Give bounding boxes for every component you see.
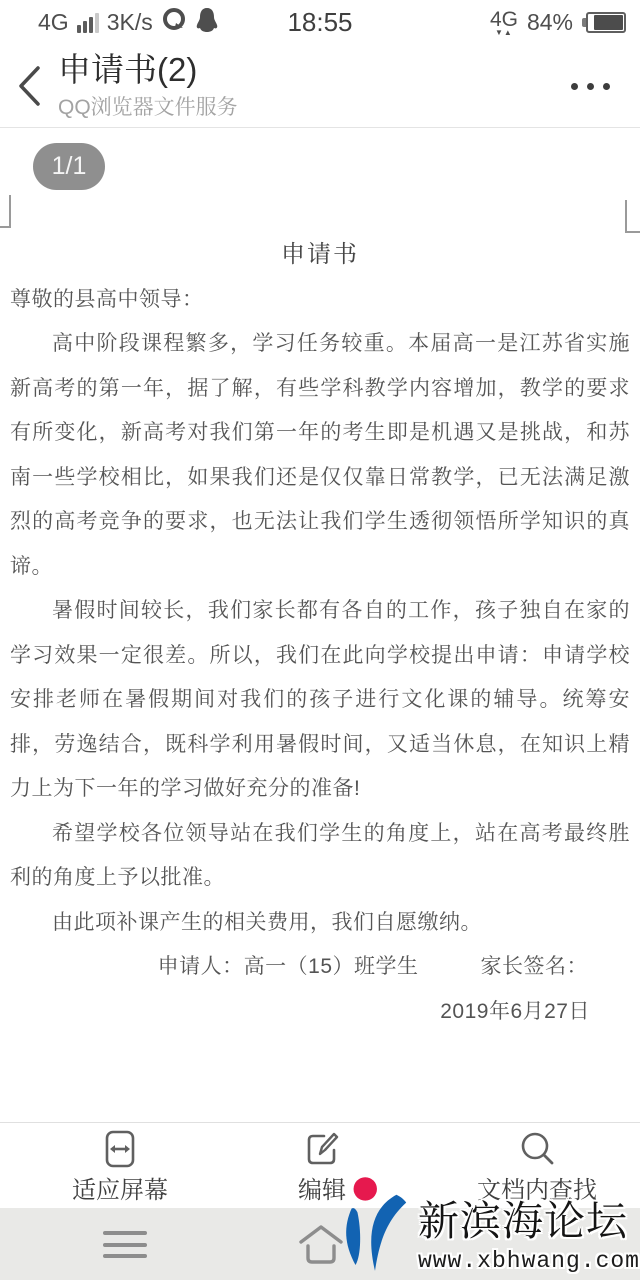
- signature-row: 申请人：高一（15）班学生 家长签名：: [10, 945, 630, 990]
- battery-percent-label: 84%: [527, 9, 573, 36]
- edit-label: 编辑: [298, 1170, 346, 1205]
- back-button[interactable]: [0, 51, 58, 121]
- battery-icon: [582, 12, 626, 33]
- status-right: 4G ▼▲ 84%: [490, 9, 640, 37]
- parent-signature-label: 家长签名：: [481, 945, 589, 990]
- android-nav-bar: [0, 1208, 640, 1280]
- page-indicator-badge: 1/1: [33, 143, 105, 190]
- document-date: 2019年6月27日: [10, 990, 630, 1035]
- home-button[interactable]: [297, 1222, 345, 1271]
- document-paragraph: 由此项补课产生的相关费用，我们自愿缴纳。: [10, 901, 630, 946]
- menu-button[interactable]: [103, 1231, 147, 1258]
- page-corner-mark-left: [0, 195, 11, 228]
- fit-screen-label: 适应屏幕: [72, 1170, 168, 1205]
- search-icon: [518, 1130, 556, 1168]
- document-paragraph: 暑假时间较长，我们家长都有各自的工作，孩子独自在家的学习效果一定很差。所以，我们…: [10, 589, 630, 812]
- chevron-left-icon: [16, 65, 42, 107]
- edit-icon: [304, 1130, 340, 1168]
- document-paragraph: 希望学校各位领导站在我们学生的角度上，站在高考最终胜利的角度上予以批准。: [10, 812, 630, 901]
- find-in-document-button[interactable]: 文档内查找: [462, 1123, 612, 1209]
- page-corner-mark-right: [625, 200, 640, 233]
- fit-screen-icon: [103, 1130, 137, 1168]
- app-header: 申请书(2) QQ浏览器文件服务: [0, 45, 640, 128]
- mobile-data-icon: 4G ▼▲: [490, 9, 518, 37]
- status-bar: 4G 3K/s 18:55 4G ▼▲ 84%: [0, 0, 640, 45]
- hamburger-icon: [103, 1231, 147, 1235]
- document-title: 申请书: [10, 233, 630, 278]
- document-viewer[interactable]: 1/1 申请书 尊敬的县高中领导： 高中阶段课程繁多，学习任务较重。本届高一是江…: [0, 129, 640, 1122]
- fit-screen-button[interactable]: 适应屏幕: [52, 1123, 188, 1209]
- document-paragraph: 高中阶段课程繁多，学习任务较重。本届高一是江苏省实施新高考的第一年，据了解，有些…: [10, 322, 630, 589]
- document-salutation: 尊敬的县高中领导：: [10, 278, 630, 323]
- page-subtitle: QQ浏览器文件服务: [58, 91, 238, 121]
- title-block: 申请书(2) QQ浏览器文件服务: [58, 51, 238, 121]
- phone-screen: 4G 3K/s 18:55 4G ▼▲ 84%: [0, 0, 640, 1280]
- bottom-toolbar: 适应屏幕 编辑 文档内查找: [0, 1122, 640, 1208]
- document-content: 申请书 尊敬的县高中领导： 高中阶段课程繁多，学习任务较重。本届高一是江苏省实施…: [0, 129, 640, 1034]
- edit-button[interactable]: 编辑: [272, 1123, 372, 1209]
- dot-icon: [587, 83, 594, 90]
- find-in-document-label: 文档内查找: [477, 1170, 597, 1205]
- dot-icon: [603, 83, 610, 90]
- page-title: 申请书(2): [58, 51, 238, 89]
- more-options-button[interactable]: [571, 45, 640, 127]
- applicant-label: 申请人：高一（15）班学生: [158, 945, 419, 990]
- home-icon: [297, 1222, 345, 1266]
- dot-icon: [571, 83, 578, 90]
